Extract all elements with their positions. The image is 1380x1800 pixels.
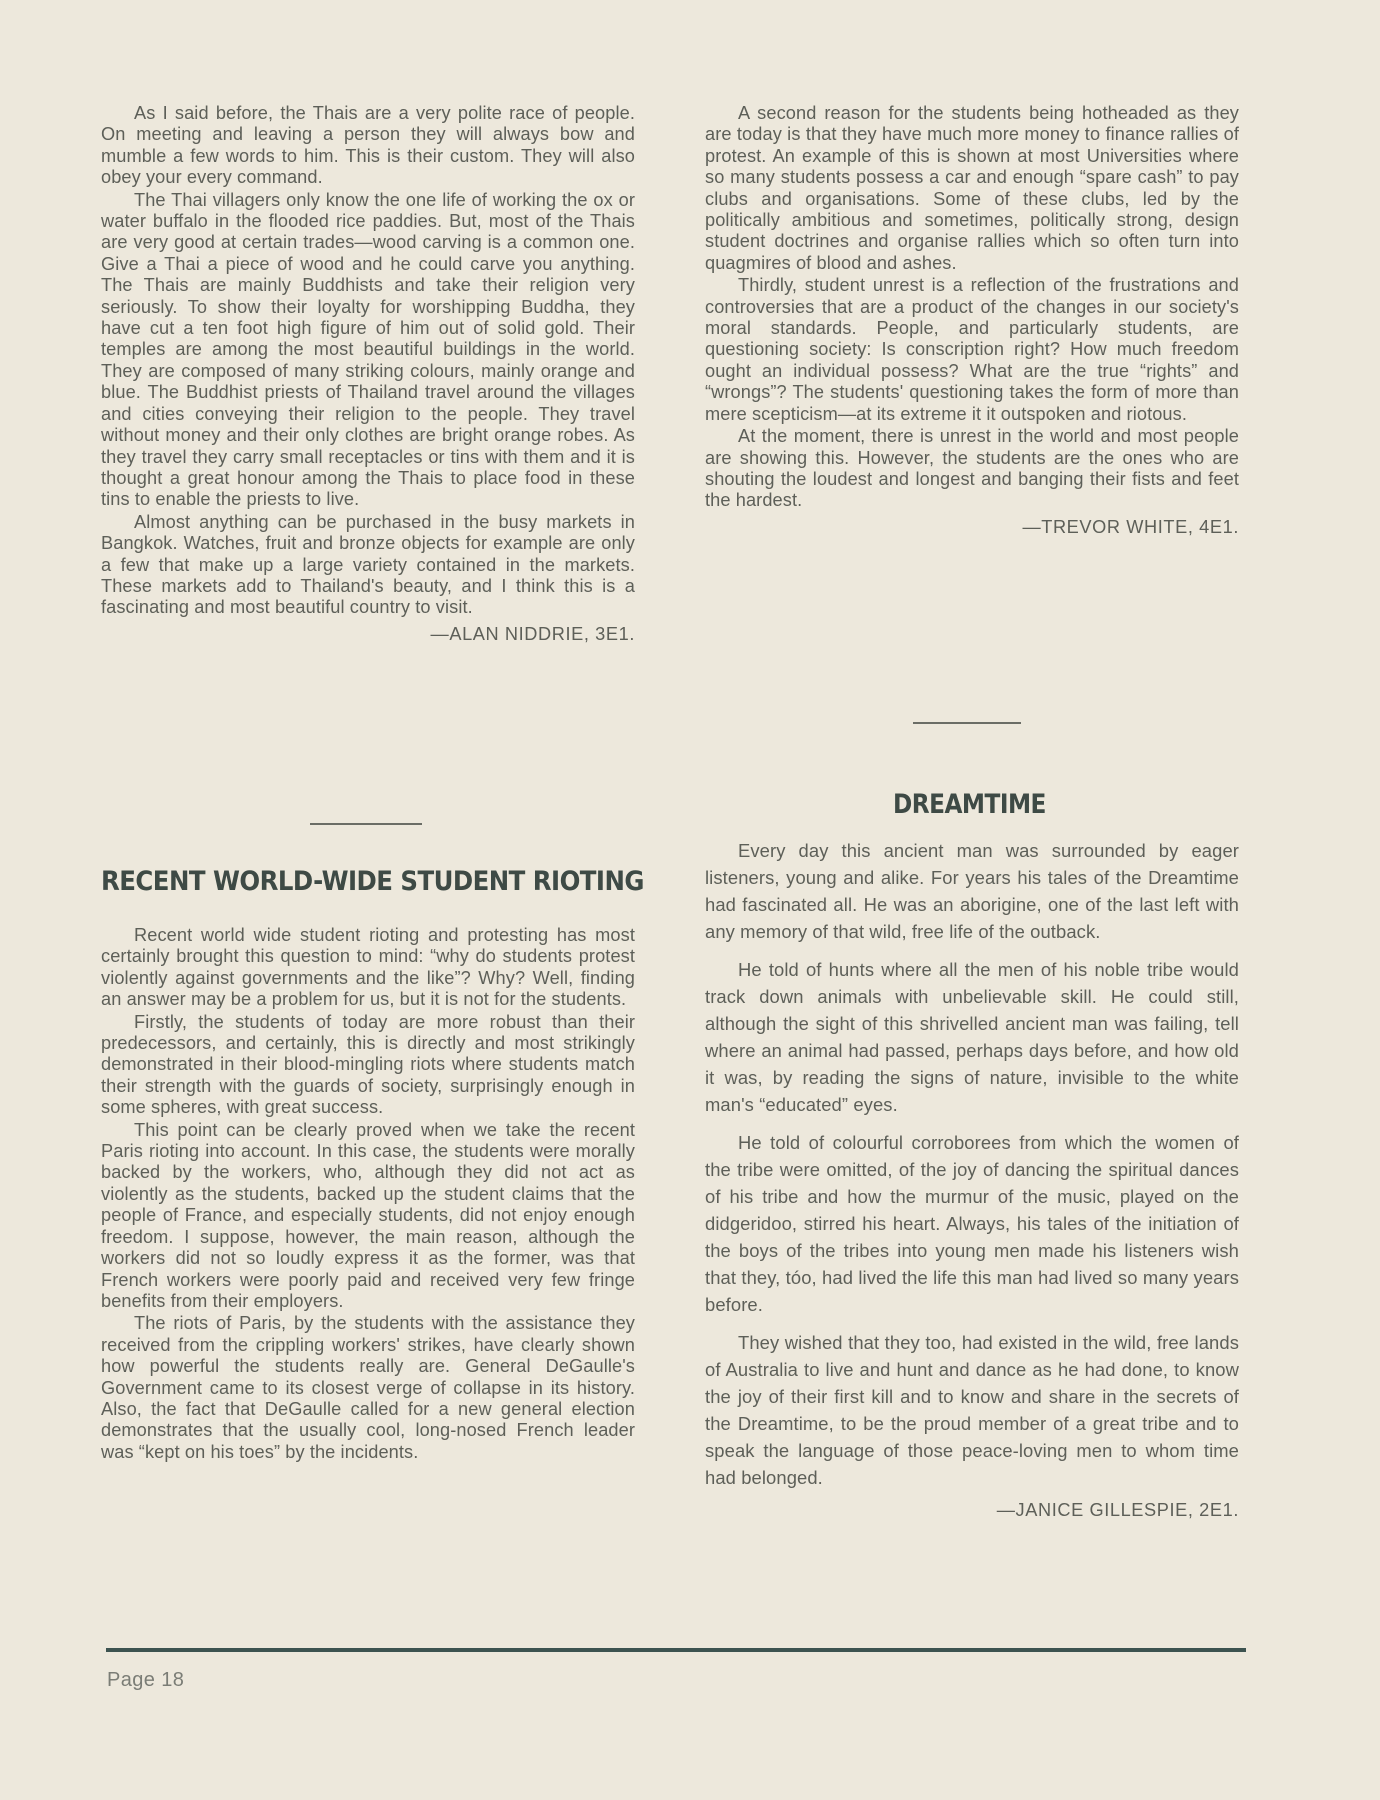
section-divider bbox=[310, 823, 422, 825]
thailand-article: As I said before, the Thais are a very p… bbox=[101, 103, 635, 645]
page-number: Page 18 bbox=[107, 1669, 184, 1692]
article-paragraph: This point can be clearly proved when we… bbox=[101, 1120, 635, 1313]
article-paragraph: Firstly, the students of today are more … bbox=[101, 1012, 635, 1119]
article-paragraph: The Thai villagers only know the one lif… bbox=[101, 190, 635, 511]
rioting-article-continued: A second reason for the students being h… bbox=[705, 103, 1239, 538]
article-author: —ALAN NIDDRIE, 3E1. bbox=[101, 623, 635, 645]
article-paragraph: Thirdly, student unrest is a reflection … bbox=[705, 275, 1239, 425]
article-paragraph: As I said before, the Thais are a very p… bbox=[101, 103, 635, 189]
dreamtime-article: Every day this ancient man was surrounde… bbox=[705, 837, 1239, 1521]
article-paragraph: Every day this ancient man was surrounde… bbox=[705, 837, 1239, 945]
article-paragraph: He told of colourful corroborees from wh… bbox=[705, 1129, 1239, 1318]
article-author: —TREVOR WHITE, 4E1. bbox=[705, 516, 1239, 538]
rioting-article: Recent world wide student rioting and pr… bbox=[101, 925, 635, 1463]
footer-rule bbox=[106, 1648, 1246, 1652]
article-paragraph: They wished that they too, had existed i… bbox=[705, 1329, 1239, 1491]
article-paragraph: Recent world wide student rioting and pr… bbox=[101, 925, 635, 1011]
article-paragraph: At the moment, there is unrest in the wo… bbox=[705, 426, 1239, 512]
article-paragraph: He told of hunts where all the men of hi… bbox=[705, 956, 1239, 1118]
article-paragraph: The riots of Paris, by the students with… bbox=[101, 1313, 635, 1463]
article-paragraph: Almost anything can be purchased in the … bbox=[101, 512, 635, 619]
section-divider bbox=[913, 722, 1021, 724]
article-title: RECENT WORLD-WIDE STUDENT RIOTING bbox=[101, 866, 644, 897]
article-paragraph: A second reason for the students being h… bbox=[705, 103, 1239, 274]
article-title: DREAMTIME bbox=[893, 789, 1046, 820]
article-author: —JANICE GILLESPIE, 2E1. bbox=[705, 1499, 1239, 1521]
